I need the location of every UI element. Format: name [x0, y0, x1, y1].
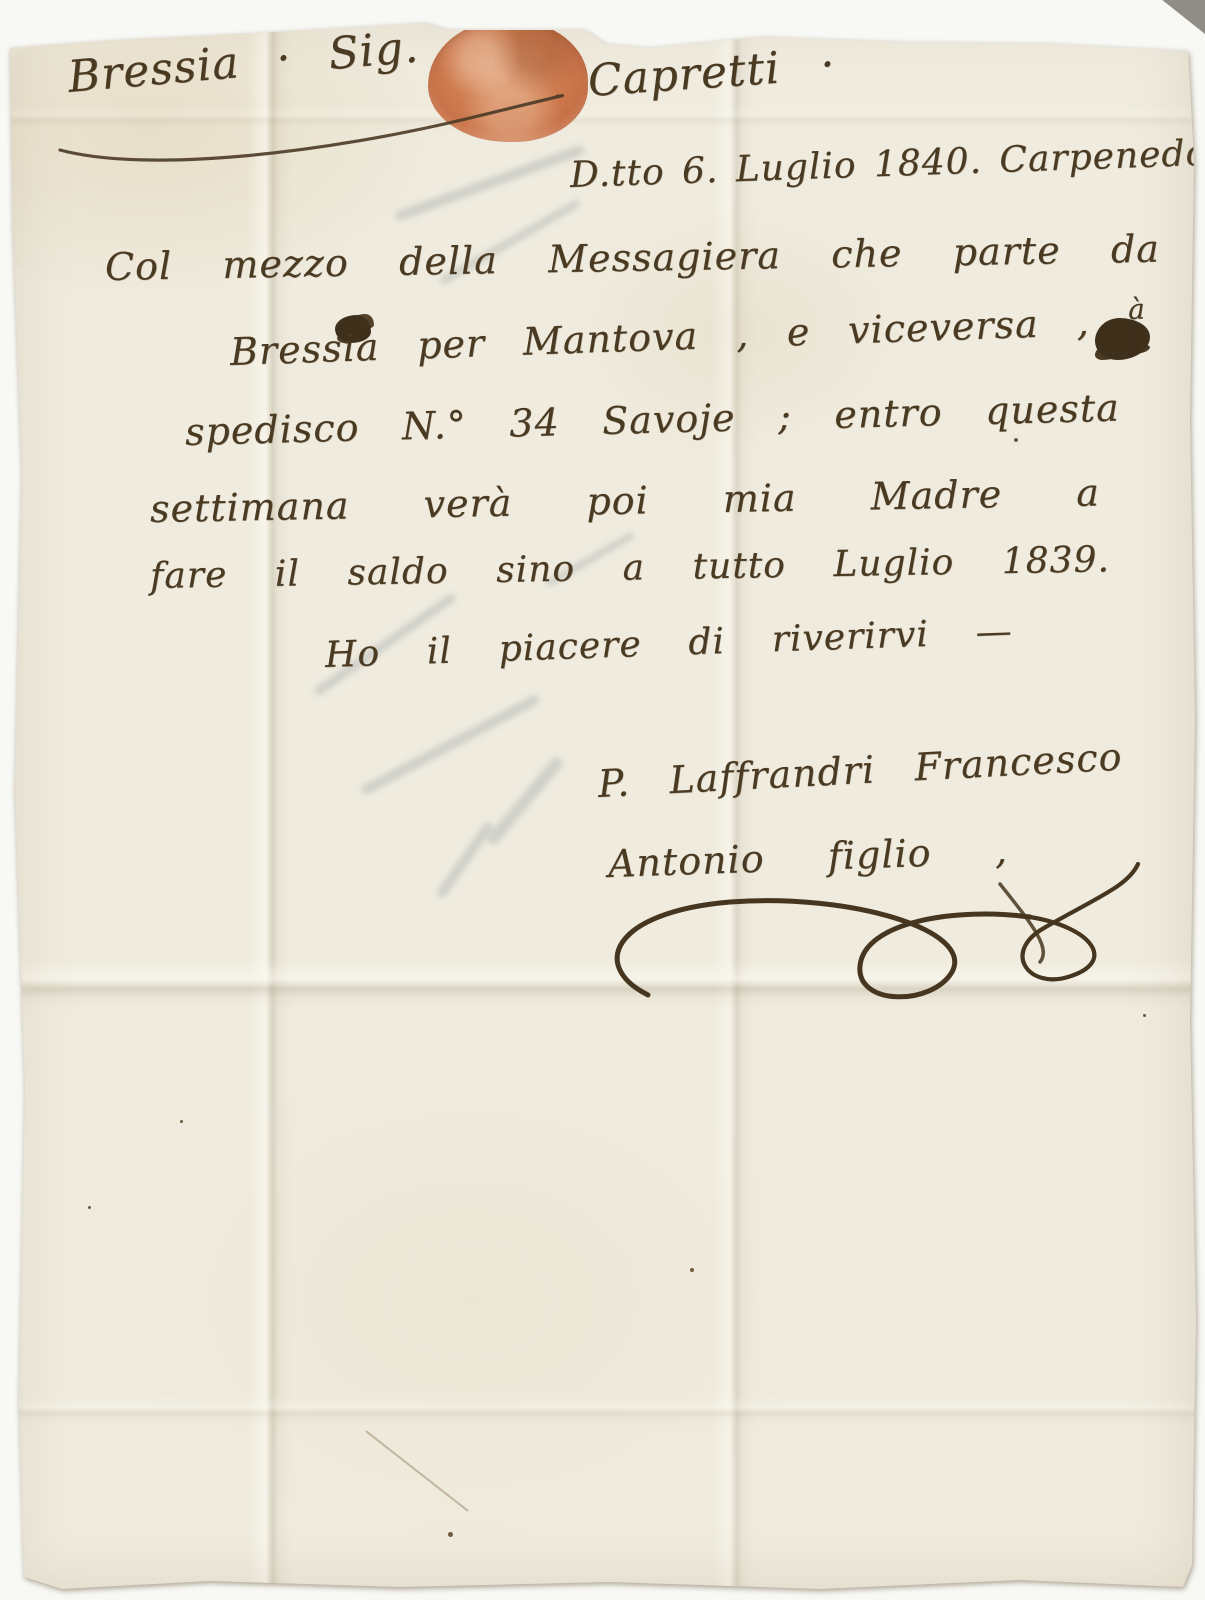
vertical-fold-crease [248, 0, 292, 1600]
paper-fiber [365, 1430, 469, 1512]
body-line-4: settimana verà poi mia Madre a [150, 470, 1101, 531]
ghost-writing-mark [394, 144, 585, 222]
letter-paper: Bressia · Sig. Capretti · D.tto 6. Lugli… [0, 0, 1205, 1600]
ghost-writing-mark [485, 755, 565, 847]
ink-speck [690, 1268, 694, 1272]
signature-flourish [617, 901, 1030, 997]
interline-note: à [1127, 292, 1158, 326]
body-line-2: Bressia per Mantova , e viceversa , [229, 300, 1090, 374]
signature-line-2: Antonio figlio , [607, 828, 1008, 886]
address-line-left: Bressia · Sig. [66, 21, 421, 102]
body-line-1: Col mezzo della Messagiera che parte da [105, 227, 1161, 289]
paper-shadow-wrap: Bressia · Sig. Capretti · D.tto 6. Lugli… [0, 0, 1205, 1600]
ink-speck [448, 1532, 453, 1537]
body-line-5: fare il saldo sino a tutto Luglio 1839. [150, 539, 1111, 597]
ink-speck [1014, 438, 1018, 442]
ghost-writing-mark [435, 820, 495, 899]
horizontal-fold-crease [0, 1396, 1205, 1426]
wax-seal [428, 20, 588, 142]
letter-scan: Bressia · Sig. Capretti · D.tto 6. Lugli… [0, 0, 1205, 1600]
horizontal-fold-crease [0, 104, 1205, 132]
ink-speck [180, 1120, 183, 1123]
address-line-right: Capretti · [586, 39, 837, 107]
figlio-descender-stroke [1000, 884, 1043, 962]
dateline: D.tto 6. Luglio 1840. Carpenedolo. [569, 134, 1182, 196]
ink-speck [88, 1206, 91, 1209]
body-line-6: Ho il piacere di riverirvi — [324, 611, 1013, 676]
ink-speck [1143, 1014, 1146, 1017]
paper-stain [120, 1050, 820, 1550]
horizontal-fold-crease [0, 960, 1205, 1010]
signature-line-1: P. Laffrandri Francesco [597, 735, 1124, 806]
body-line-3: spedisco N.° 34 Savoje ; entro questa [184, 386, 1120, 454]
ghost-writing-mark [359, 694, 540, 797]
signature-flourish-tail [1023, 864, 1138, 979]
